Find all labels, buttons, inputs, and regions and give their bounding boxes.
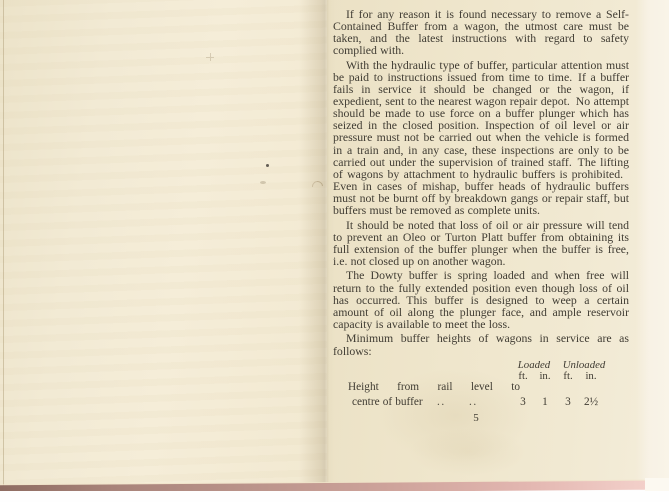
paragraph: The Dowty buffer is spring loaded and wh… [333,269,629,329]
dot-leader: .. [469,396,478,408]
ink-speck [266,164,269,167]
paper-smudge [260,181,266,184]
row-label-line2: centre of buffer [352,396,423,408]
scanner-background [0,491,669,502]
value-unloaded-ft: 3 [556,396,580,408]
unit-header-in: in. [534,370,556,382]
book-scan: If for any reason it is found necessary … [0,0,669,502]
dot-leader: .. [437,396,446,408]
value-loaded-in: 1 [533,396,557,408]
value-loaded-ft: 3 [511,396,535,408]
paragraph: If for any reason it is found necessary … [333,8,629,56]
paragraph: It should be noted that loss of oil or a… [333,219,629,267]
left-page-edge-line [3,0,4,488]
paragraph: Minimum buffer heights of wagons in serv… [333,332,629,356]
buffer-heights-table: Loaded Unloaded ft. in. ft. in. Height f… [333,359,629,409]
paragraph: With the hydraulic type of buffer, parti… [333,59,629,216]
page-number: 5 [461,412,491,424]
left-page-texture [0,0,327,490]
unit-header-ft: ft. [512,370,534,382]
right-page-edge-band [636,0,669,488]
unit-header-ft: ft. [557,370,579,382]
faint-plus-mark [206,53,214,61]
row-label-line1: Height from rail level to [348,381,520,393]
unit-header-in: in. [580,370,602,382]
value-unloaded-in: 2½ [579,396,603,408]
book-gutter-shadow [299,0,335,489]
show-through-smudge [408,428,528,476]
page-text-column: If for any reason it is found necessary … [333,8,629,409]
